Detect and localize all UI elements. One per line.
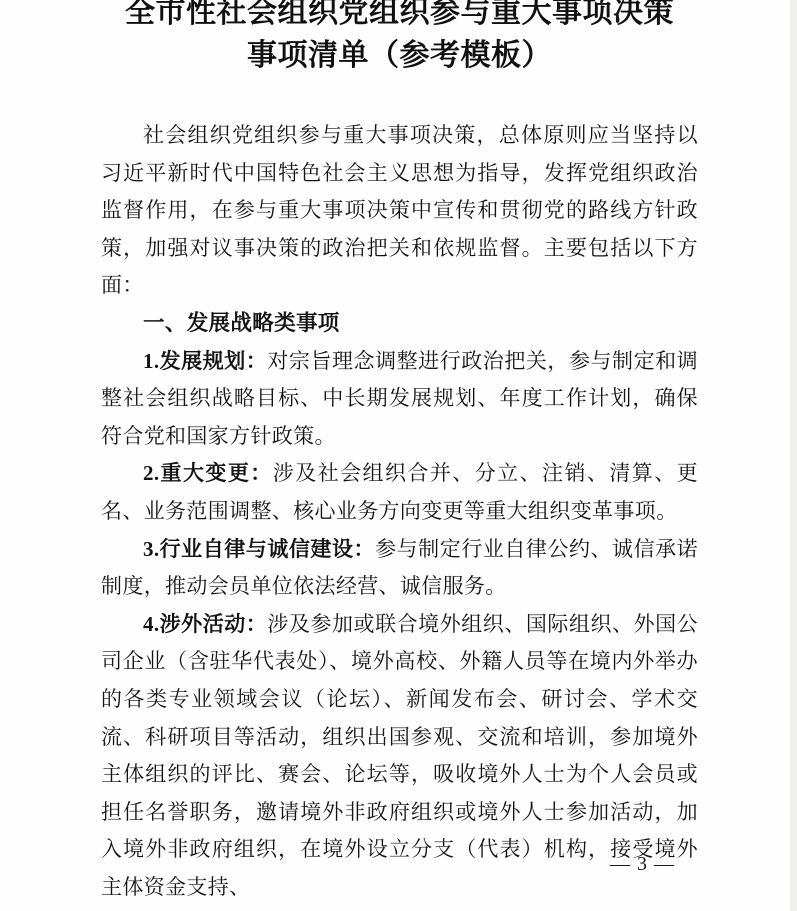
paragraph-lead: 3.行业自律与诚信建设：: [143, 537, 375, 561]
paragraph-lead: 2.重大变更：: [143, 461, 273, 485]
document-content: 全市性社会组织党组织参与重大事项决策 事项清单（参考模板） 社会组织党组织参与重…: [101, 0, 698, 906]
paragraph-item-3: 3.行业自律与诚信建设：参与制定行业自律公约、诚信承诺制度，推动会员单位依法经营…: [101, 531, 698, 606]
document-title-line1: 全市性社会组织党组织参与重大事项决策: [101, 0, 698, 34]
document-title-line2: 事项清单（参考模板）: [101, 34, 698, 77]
section-heading-1: 一、发展战略类事项: [101, 305, 698, 343]
page-number: — 3 —: [610, 853, 675, 876]
paragraph-lead: 4.涉外活动：: [143, 612, 267, 636]
document-body: 社会组织党组织参与重大事项决策，总体原则应当坚持以习近平新时代中国特色社会主义思…: [101, 117, 698, 906]
paragraph-text: 社会组织党组织参与重大事项决策，总体原则应当坚持以习近平新时代中国特色社会主义思…: [101, 123, 698, 297]
paragraph-text: 涉及参加或联合境外组织、国际组织、外国公司企业（含驻华代表处）、境外高校、外籍人…: [101, 612, 698, 899]
paragraph-intro: 社会组织党组织参与重大事项决策，总体原则应当坚持以习近平新时代中国特色社会主义思…: [101, 117, 698, 305]
section-heading-label: 一、发展战略类事项: [143, 311, 340, 335]
paragraph-item-4: 4.涉外活动：涉及参加或联合境外组织、国际组织、外国公司企业（含驻华代表处）、境…: [101, 606, 698, 907]
paragraph-item-2: 2.重大变更：涉及社会组织合并、分立、注销、清算、更名、业务范围调整、核心业务方…: [101, 455, 698, 530]
scan-edge: [790, 0, 797, 911]
document-title: 全市性社会组织党组织参与重大事项决策 事项清单（参考模板）: [101, 0, 698, 77]
paragraph-item-1: 1.发展规划：对宗旨理念调整进行政治把关，参与制定和调整社会组织战略目标、中长期…: [101, 343, 698, 456]
document-page: 全市性社会组织党组织参与重大事项决策 事项清单（参考模板） 社会组织党组织参与重…: [0, 0, 797, 911]
paragraph-lead: 1.发展规划：: [143, 349, 267, 373]
